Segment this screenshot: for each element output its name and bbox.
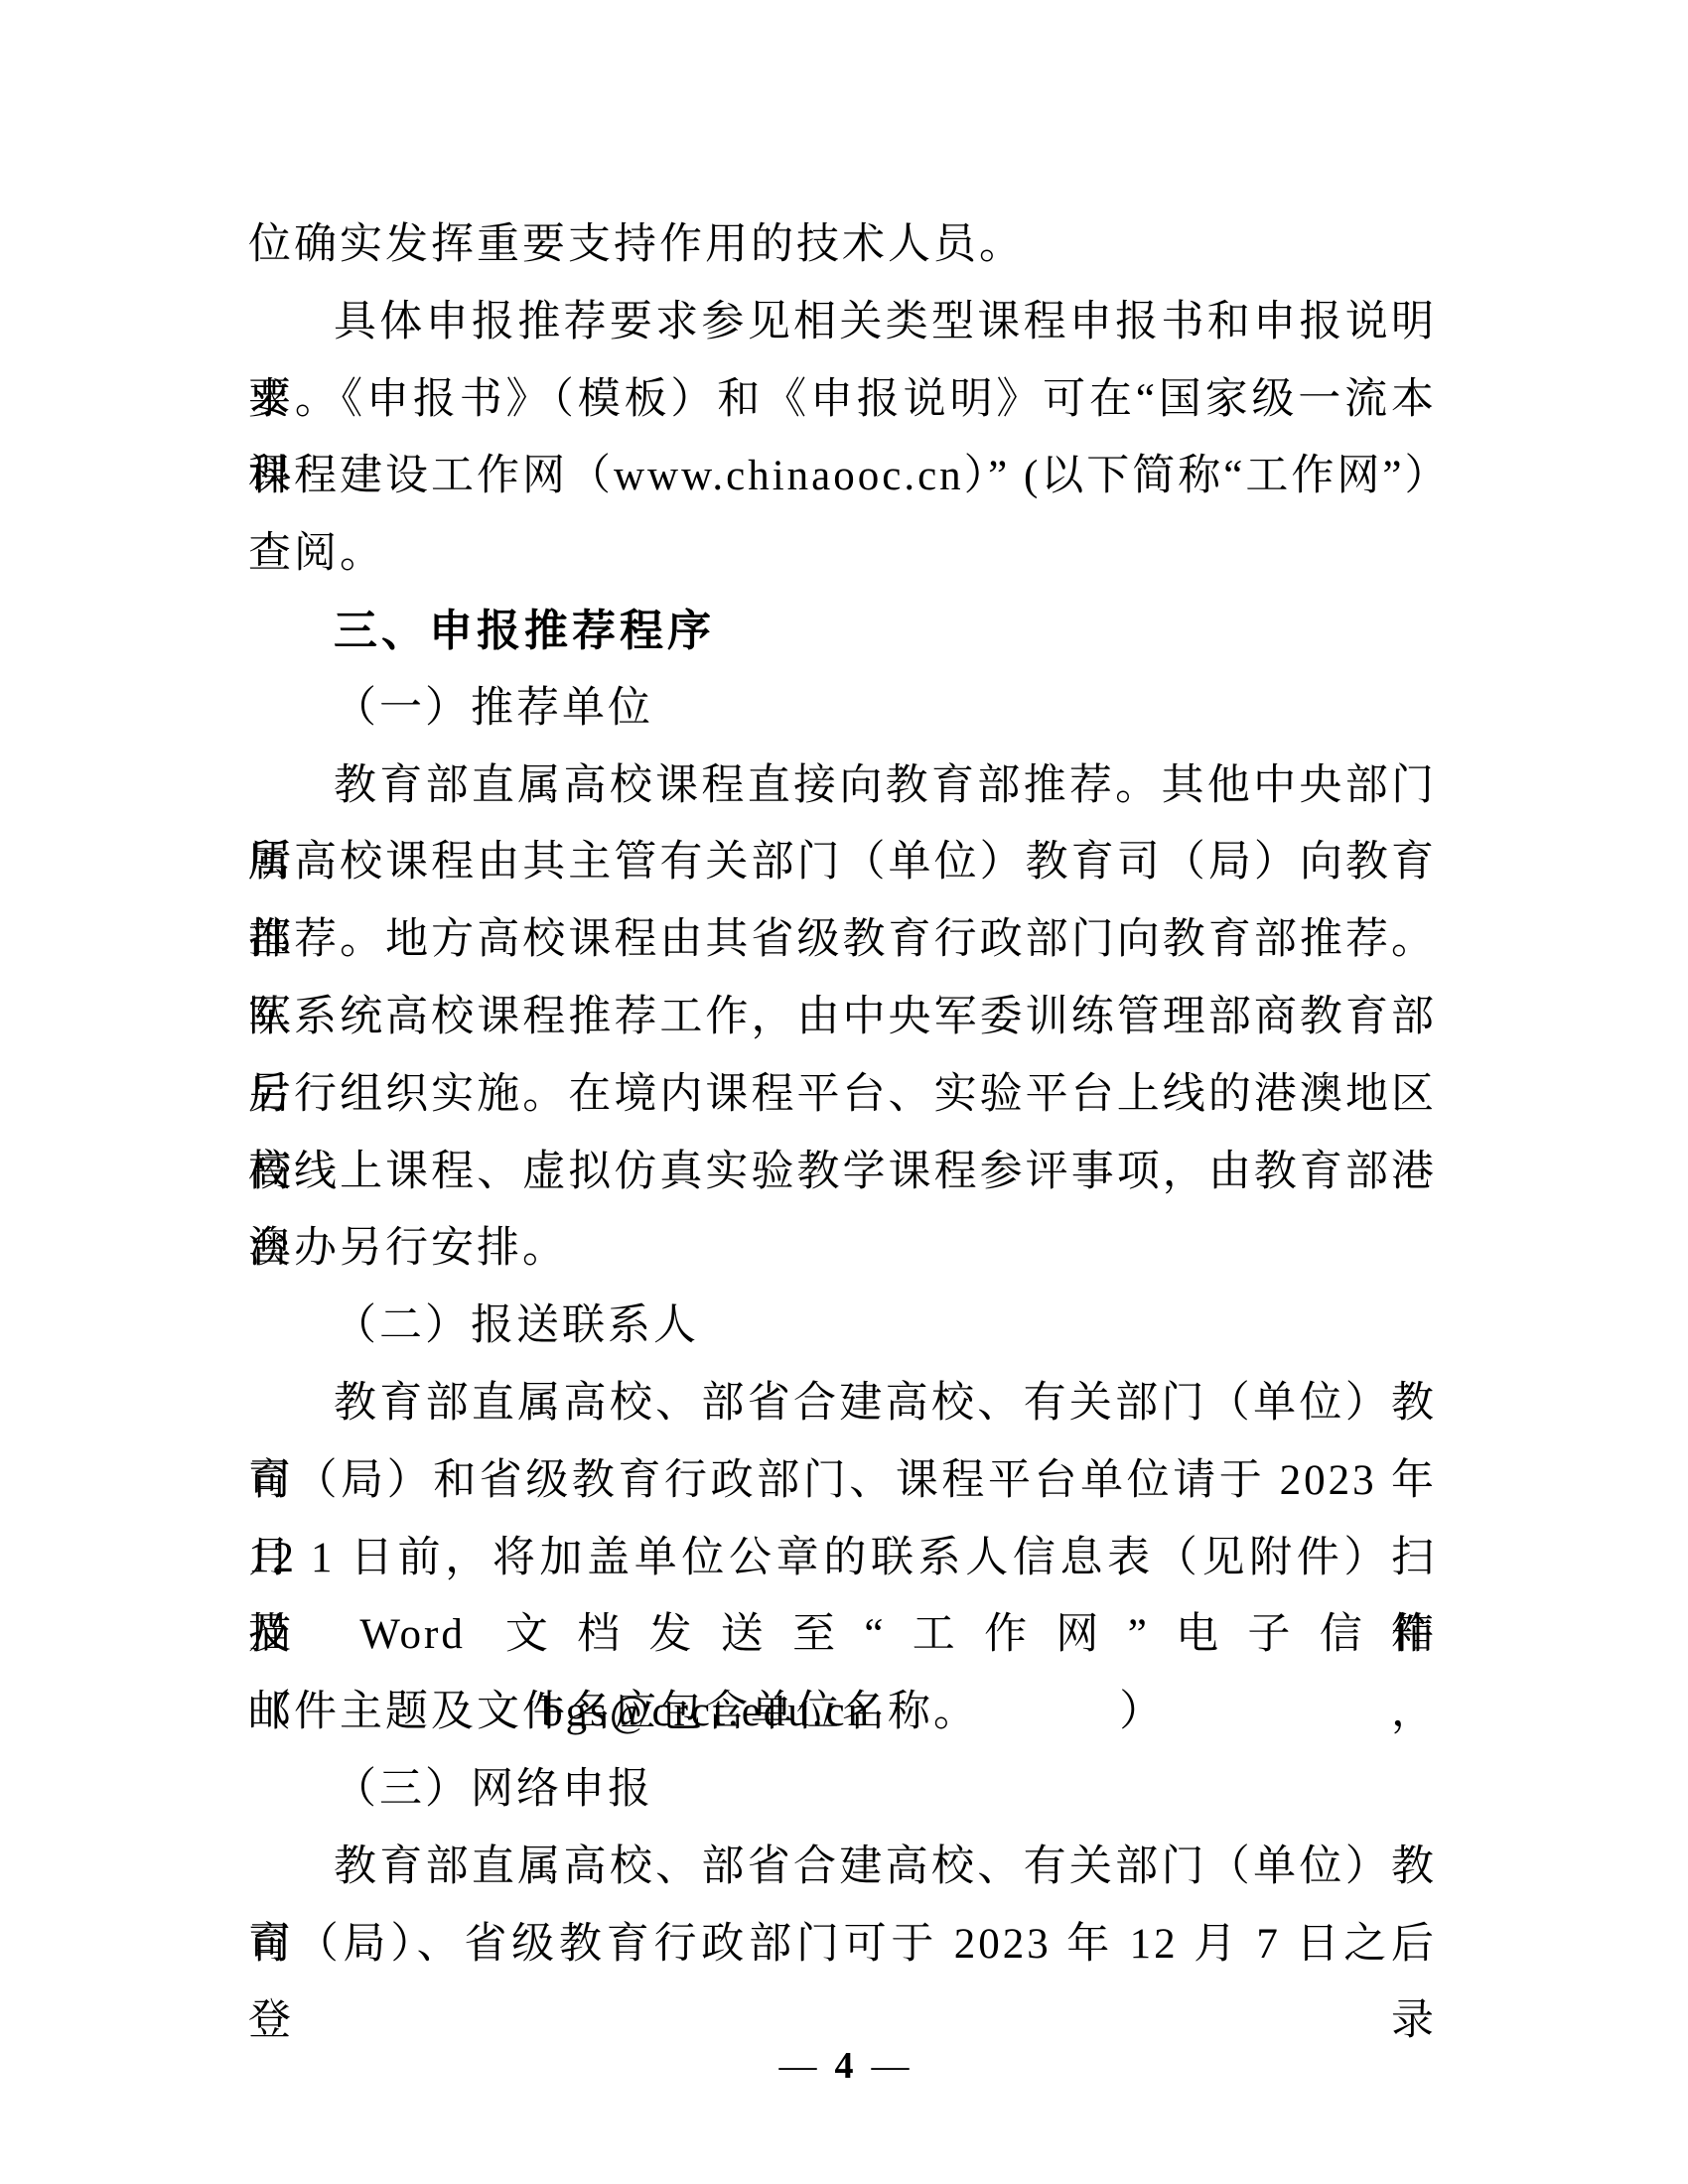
subsection-heading: （二）报送联系人 [248, 1288, 1437, 1365]
body-line: 课程建设工作网（www.chinaooc.cn）” (以下简称“工作网”） [248, 438, 1437, 515]
page-number: 4 [835, 2043, 854, 2089]
body-line: 另行组织实施。在境内课程平台、实验平台上线的港澳地区高 [248, 1056, 1437, 1134]
body-line: 属高校课程由其主管有关部门（单位）教育司（局）向教育部 [248, 824, 1437, 901]
document-page: 位确实发挥重要支持作用的技术人员。具体申报推荐要求参见相关类型课程申报书和申报说… [0, 0, 1688, 2184]
page-footer: —4— [0, 2043, 1688, 2089]
body-line: 教育部直属高校、部省合建高校、有关部门（单位）教育 [248, 1365, 1437, 1442]
body-line: 月 1 日前，将加盖单位公章的联系人信息表（见附件）扫描件 [248, 1520, 1437, 1597]
subsection-heading: （三）网络申报 [248, 1751, 1437, 1829]
body-line: 教育部直属高校、部省合建高校、有关部门（单位）教育 [248, 1829, 1437, 1906]
body-line: 队系统高校课程推荐工作，由中央军委训练管理部商教育部后 [248, 979, 1437, 1056]
footer-dash-left: — [779, 2045, 817, 2087]
subsection-heading: （一）推荐单位 [248, 670, 1437, 748]
body-line: 台办另行安排。 [248, 1210, 1437, 1288]
body-line: 具体申报推荐要求参见相关类型课程申报书和申报说明要 [248, 284, 1437, 361]
body-line: 查阅。 [248, 515, 1437, 593]
body-line: 教育部直属高校课程直接向教育部推荐。其他中央部门所 [248, 748, 1437, 825]
body-line: 位确实发挥重要支持作用的技术人员。 [248, 206, 1437, 284]
body-line: 司（局）和省级教育行政部门、课程平台单位请于 2023 年 12 [248, 1442, 1437, 1520]
body-line: 校线上课程、虚拟仿真实验教学课程参评事项，由教育部港澳 [248, 1134, 1437, 1211]
section-heading: 三、申报推荐程序 [248, 593, 1437, 670]
document-body: 位确实发挥重要支持作用的技术人员。具体申报推荐要求参见相关类型课程申报书和申报说… [248, 206, 1437, 1982]
body-line: 求。《申报书》（模板）和《申报说明》可在“国家级一流本科 [248, 361, 1437, 439]
body-line: 推荐。地方高校课程由其省级教育行政部门向教育部推荐。军 [248, 901, 1437, 979]
footer-dash-right: — [872, 2045, 910, 2087]
body-line: 及 Word 文档发送至“工作网”电子信箱（bgs@crct.edu.cn）， [248, 1596, 1437, 1674]
body-line: 司（局）、省级教育行政部门可于 2023 年 12 月 7 日之后登录 [248, 1906, 1437, 1983]
